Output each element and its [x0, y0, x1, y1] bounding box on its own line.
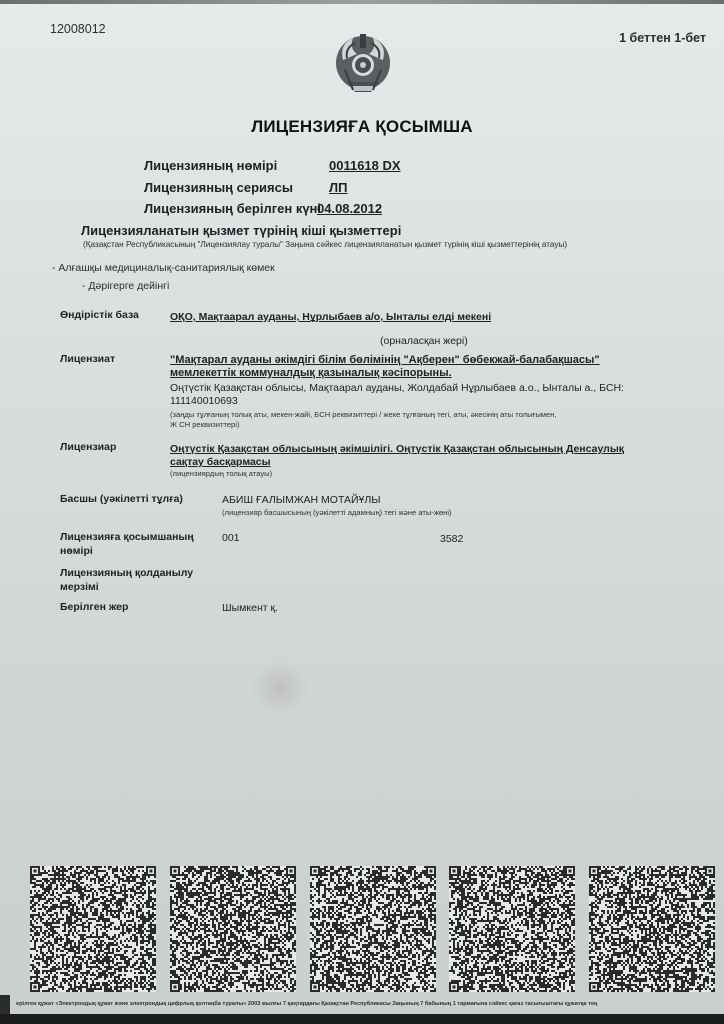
document-page: 12008012 1 беттен 1-бет ЛИЦЕНЗИЯҒА ҚОСЫМ…	[0, 0, 724, 1024]
state-emblem-icon	[333, 30, 393, 100]
annex-number-label-line2: нөмірі	[60, 544, 194, 558]
validity-label-line1: Лицензияның қолданылу	[60, 566, 193, 580]
licensor-line1: Оңтүстік Қазақстан облысының әкімшілігі.…	[170, 442, 624, 456]
qr-code-5	[589, 866, 715, 992]
licensee-caption-line2: Ж СН реквизиттері)	[170, 420, 240, 430]
licensee-address-line2: 111140010693	[170, 394, 238, 408]
annex-number-value: 001	[222, 531, 240, 545]
production-base-label: Өндірістік база	[60, 308, 139, 322]
footer-legal-text: ерілген құжат «Электрондық құжат және эл…	[16, 1001, 597, 1007]
annex-number-label: Лицензияға қосымшаның нөмірі	[60, 530, 194, 558]
head-label: Басшы (уәкілетті тұлға)	[60, 492, 183, 506]
scan-bottom-edge	[0, 1014, 724, 1024]
validity-label: Лицензияның қолданылу мерзімі	[60, 566, 193, 594]
production-base-caption: (орналасқан жері)	[380, 334, 468, 348]
license-date-label: Лицензияның берілген күні	[144, 201, 321, 216]
production-base-value: ОҚО, Мақтаарал ауданы, Нұрлыбаев а/о, Ын…	[170, 310, 491, 324]
licensee-address-line1: Оңтүстік Қазақстан облысы, Мақтаарал ауд…	[170, 381, 624, 395]
activity-item: - Алғашқы медициналық-санитариялық көмек	[52, 262, 275, 274]
page-count: 1 беттен 1-бет	[619, 31, 706, 45]
licensee-caption-line1: (заңды тұлғаның толық аты, мекен-жайі, Б…	[170, 410, 557, 420]
issued-place-label: Берілген жер	[60, 600, 128, 614]
license-date-value: 04.08.2012	[317, 201, 382, 216]
qr-code-2	[170, 866, 296, 992]
license-number-label: Лицензияның нөмірі	[144, 158, 277, 173]
licensee-name-line2: мемлекеттік коммуналдық қазыналық кәсіпо…	[170, 366, 452, 380]
licensee-name-line1: "Мақтарал ауданы әкімдігі білім бөліміні…	[170, 353, 600, 367]
activities-title: Лицензияланатын қызмет түрінің кіші қызм…	[81, 223, 401, 238]
licensor-caption: (лицензиярдың толық атауы)	[170, 469, 272, 479]
licensor-line2: сақтау басқармасы	[170, 455, 271, 469]
annex-code: 3582	[440, 532, 463, 546]
qr-code-1	[30, 866, 156, 992]
activity-item: - Дәрігерге дейінгі	[82, 280, 169, 292]
activities-subtitle: (Қазақстан Республикасының "Лицензиялау …	[83, 240, 567, 249]
issued-place-value: Шымкент қ.	[222, 601, 278, 615]
validity-label-line2: мерзімі	[60, 580, 193, 594]
document-title: ЛИЦЕНЗИЯҒА ҚОСЫМША	[0, 117, 724, 137]
head-caption: (лицензияр басшысының (уәкілетті адамның…	[222, 508, 452, 518]
licensee-label: Лицензиат	[60, 352, 115, 366]
scan-left-edge	[0, 995, 10, 1015]
license-series-value: ЛП	[329, 180, 347, 195]
license-series-label: Лицензияның сериясы	[144, 180, 293, 195]
paper-smudge	[250, 660, 310, 715]
annex-number-label-line1: Лицензияға қосымшаның	[60, 530, 194, 544]
license-number-value: 0011618 DX	[329, 158, 401, 173]
head-value: АБИШ ҒАЛЫМЖАН МОТАЙҰЛЫ	[222, 493, 381, 507]
document-id: 12008012	[50, 22, 106, 36]
scan-top-edge	[0, 0, 724, 4]
qr-code-4	[449, 866, 575, 992]
licensor-label: Лицензиар	[60, 440, 116, 454]
qr-code-3	[310, 866, 436, 992]
